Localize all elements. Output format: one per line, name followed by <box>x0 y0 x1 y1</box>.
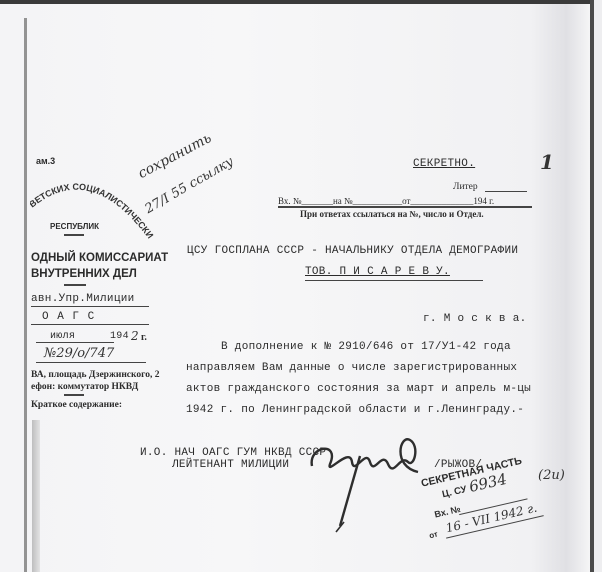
commissariat-line2: ВНУТРЕННИХ ДЕЛ <box>31 268 137 280</box>
phone: ефон: коммутатор НКВД <box>31 382 138 392</box>
scan-right-edge <box>594 0 602 572</box>
page-number: 1 <box>540 150 554 174</box>
body-line: 1942 г. по Ленинградской области и г.Лен… <box>186 404 524 416</box>
page-fold-shadow-lower <box>32 420 40 572</box>
addressee-line1: ЦСУ ГОСПЛАНА СССР - НАЧАЛЬНИКУ ОТДЕЛА ДЕ… <box>187 245 518 257</box>
liter-label: Литер <box>453 182 478 192</box>
signatory-title-line2: ЛЕЙТЕНАНТ МИЛИЦИИ <box>172 459 289 471</box>
incoming-underline <box>278 206 532 208</box>
date-year-prefix: 194 <box>110 331 129 342</box>
body-line: актов гражданского состояния за март и а… <box>186 383 531 395</box>
summary-label: Краткое содержание: <box>31 400 122 410</box>
field-underline <box>31 306 149 307</box>
page-fold-shadow <box>24 18 27 572</box>
outgoing-number: №29/о/747 <box>44 346 114 361</box>
divider <box>64 394 84 396</box>
letterhead-arc-text: ВЕТСКИХ СОЦИАЛИСТИЧЕСКИХ <box>30 168 160 258</box>
stamp-margin-note: (2и) <box>538 468 565 483</box>
form-number: ам.3 <box>36 156 55 166</box>
number-underline <box>36 362 146 363</box>
handwritten-signature <box>300 436 430 536</box>
unit-name: О А Г С <box>42 311 95 323</box>
department-name: авн.Упр.Милиции <box>31 293 135 305</box>
body-line: В дополнение к № 2910/646 от 17/У1-42 го… <box>221 341 511 353</box>
date-year-suffix: 2 <box>131 329 139 343</box>
address: ВА, площадь Дзержинского, 2 <box>31 370 159 380</box>
divider <box>64 284 86 286</box>
field-underline <box>31 324 149 325</box>
reply-note: При ответах ссылаться на №, число и Отде… <box>300 209 484 219</box>
date-g: г. <box>141 332 147 343</box>
city: г. М о с к в а. <box>423 313 527 325</box>
date-underline <box>36 342 114 343</box>
commissariat-line1: ОДНЫЙ КОМИССАРИАТ <box>31 252 168 264</box>
republics-label: РЕСПУБЛИК <box>50 222 99 231</box>
body-line: направляем Вам данные о числе зарегистри… <box>186 362 517 374</box>
date-month: июля <box>50 331 75 342</box>
classification-mark: СЕКРЕТНО. <box>413 158 475 170</box>
addressee-underline <box>305 280 483 281</box>
stamp-date-prefix: от <box>428 530 438 541</box>
addressee-line2: ТОВ. П И С А Р Е В У. <box>305 266 450 278</box>
incoming-line: Вх. №_______на №___________от___________… <box>278 196 494 206</box>
divider <box>64 234 84 236</box>
signatory-title-line1: И.О. НАЧ ОАГС ГУМ НКВД СССР <box>140 447 326 459</box>
liter-underline <box>485 191 527 192</box>
